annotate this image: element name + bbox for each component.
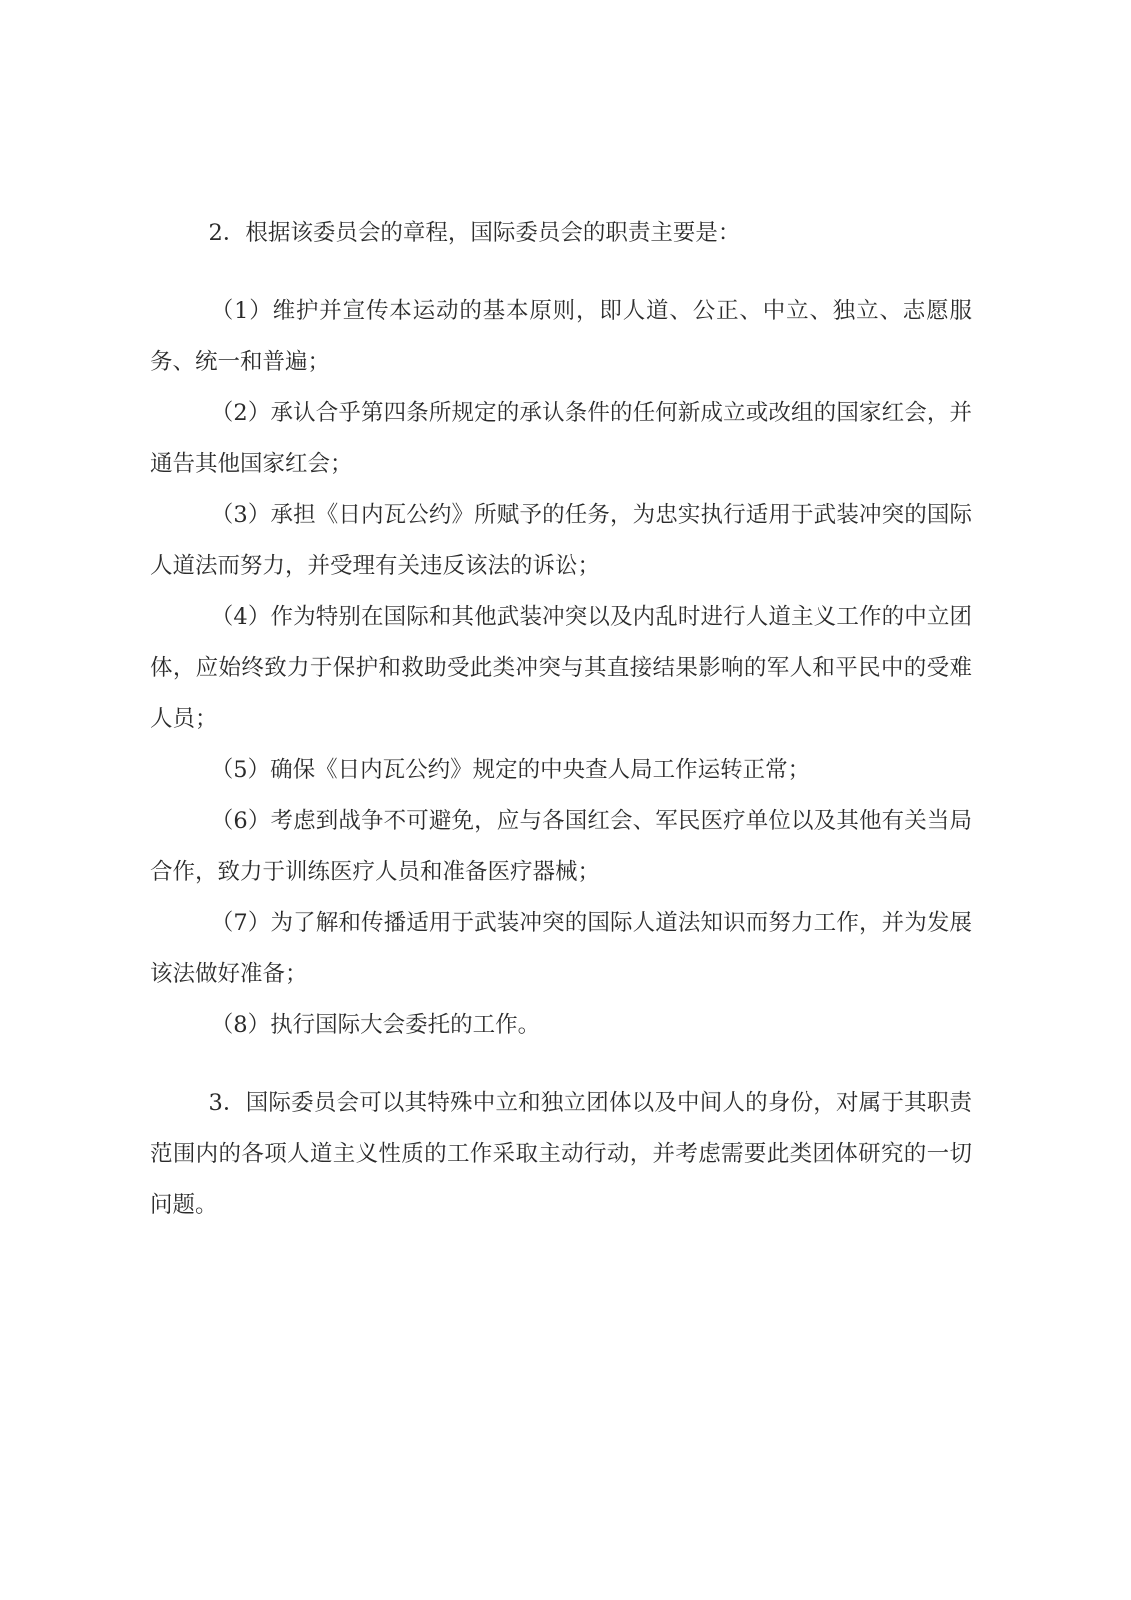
paragraph-3: 3．国际委员会可以其特殊中立和独立团体以及中间人的身份，对属于其职责范围内的各项… xyxy=(150,1078,972,1231)
list-item-4: （4）作为特别在国际和其他武装冲突以及内乱时进行人道主义工作的中立团体，应始终致… xyxy=(150,592,972,745)
list-item-6: （6）考虑到战争不可避免，应与各国红会、军民医疗单位以及其他有关当局合作，致力于… xyxy=(150,796,972,898)
list-item-3: （3）承担《日内瓦公约》所赋予的任务，为忠实执行适用于武装冲突的国际人道法而努力… xyxy=(150,490,972,592)
list-item-5: （5）确保《日内瓦公约》规定的中央查人局工作运转正常； xyxy=(150,745,972,796)
list-item-2: （2）承认合乎第四条所规定的承认条件的任何新成立或改组的国家红会，并通告其他国家… xyxy=(150,388,972,490)
list-item-1: （1）维护并宣传本运动的基本原则，即人道、公正、中立、独立、志愿服务、统一和普遍… xyxy=(150,286,972,388)
document-page: 2．根据该委员会的章程，国际委员会的职责主要是： （1）维护并宣传本运动的基本原… xyxy=(150,208,972,1231)
list-item-8: （8）执行国际大会委托的工作。 xyxy=(150,1000,972,1051)
list-item-7: （7）为了解和传播适用于武装冲突的国际人道法知识而努力工作，并为发展该法做好准备… xyxy=(150,898,972,1000)
paragraph-2-heading: 2．根据该委员会的章程，国际委员会的职责主要是： xyxy=(150,208,972,259)
